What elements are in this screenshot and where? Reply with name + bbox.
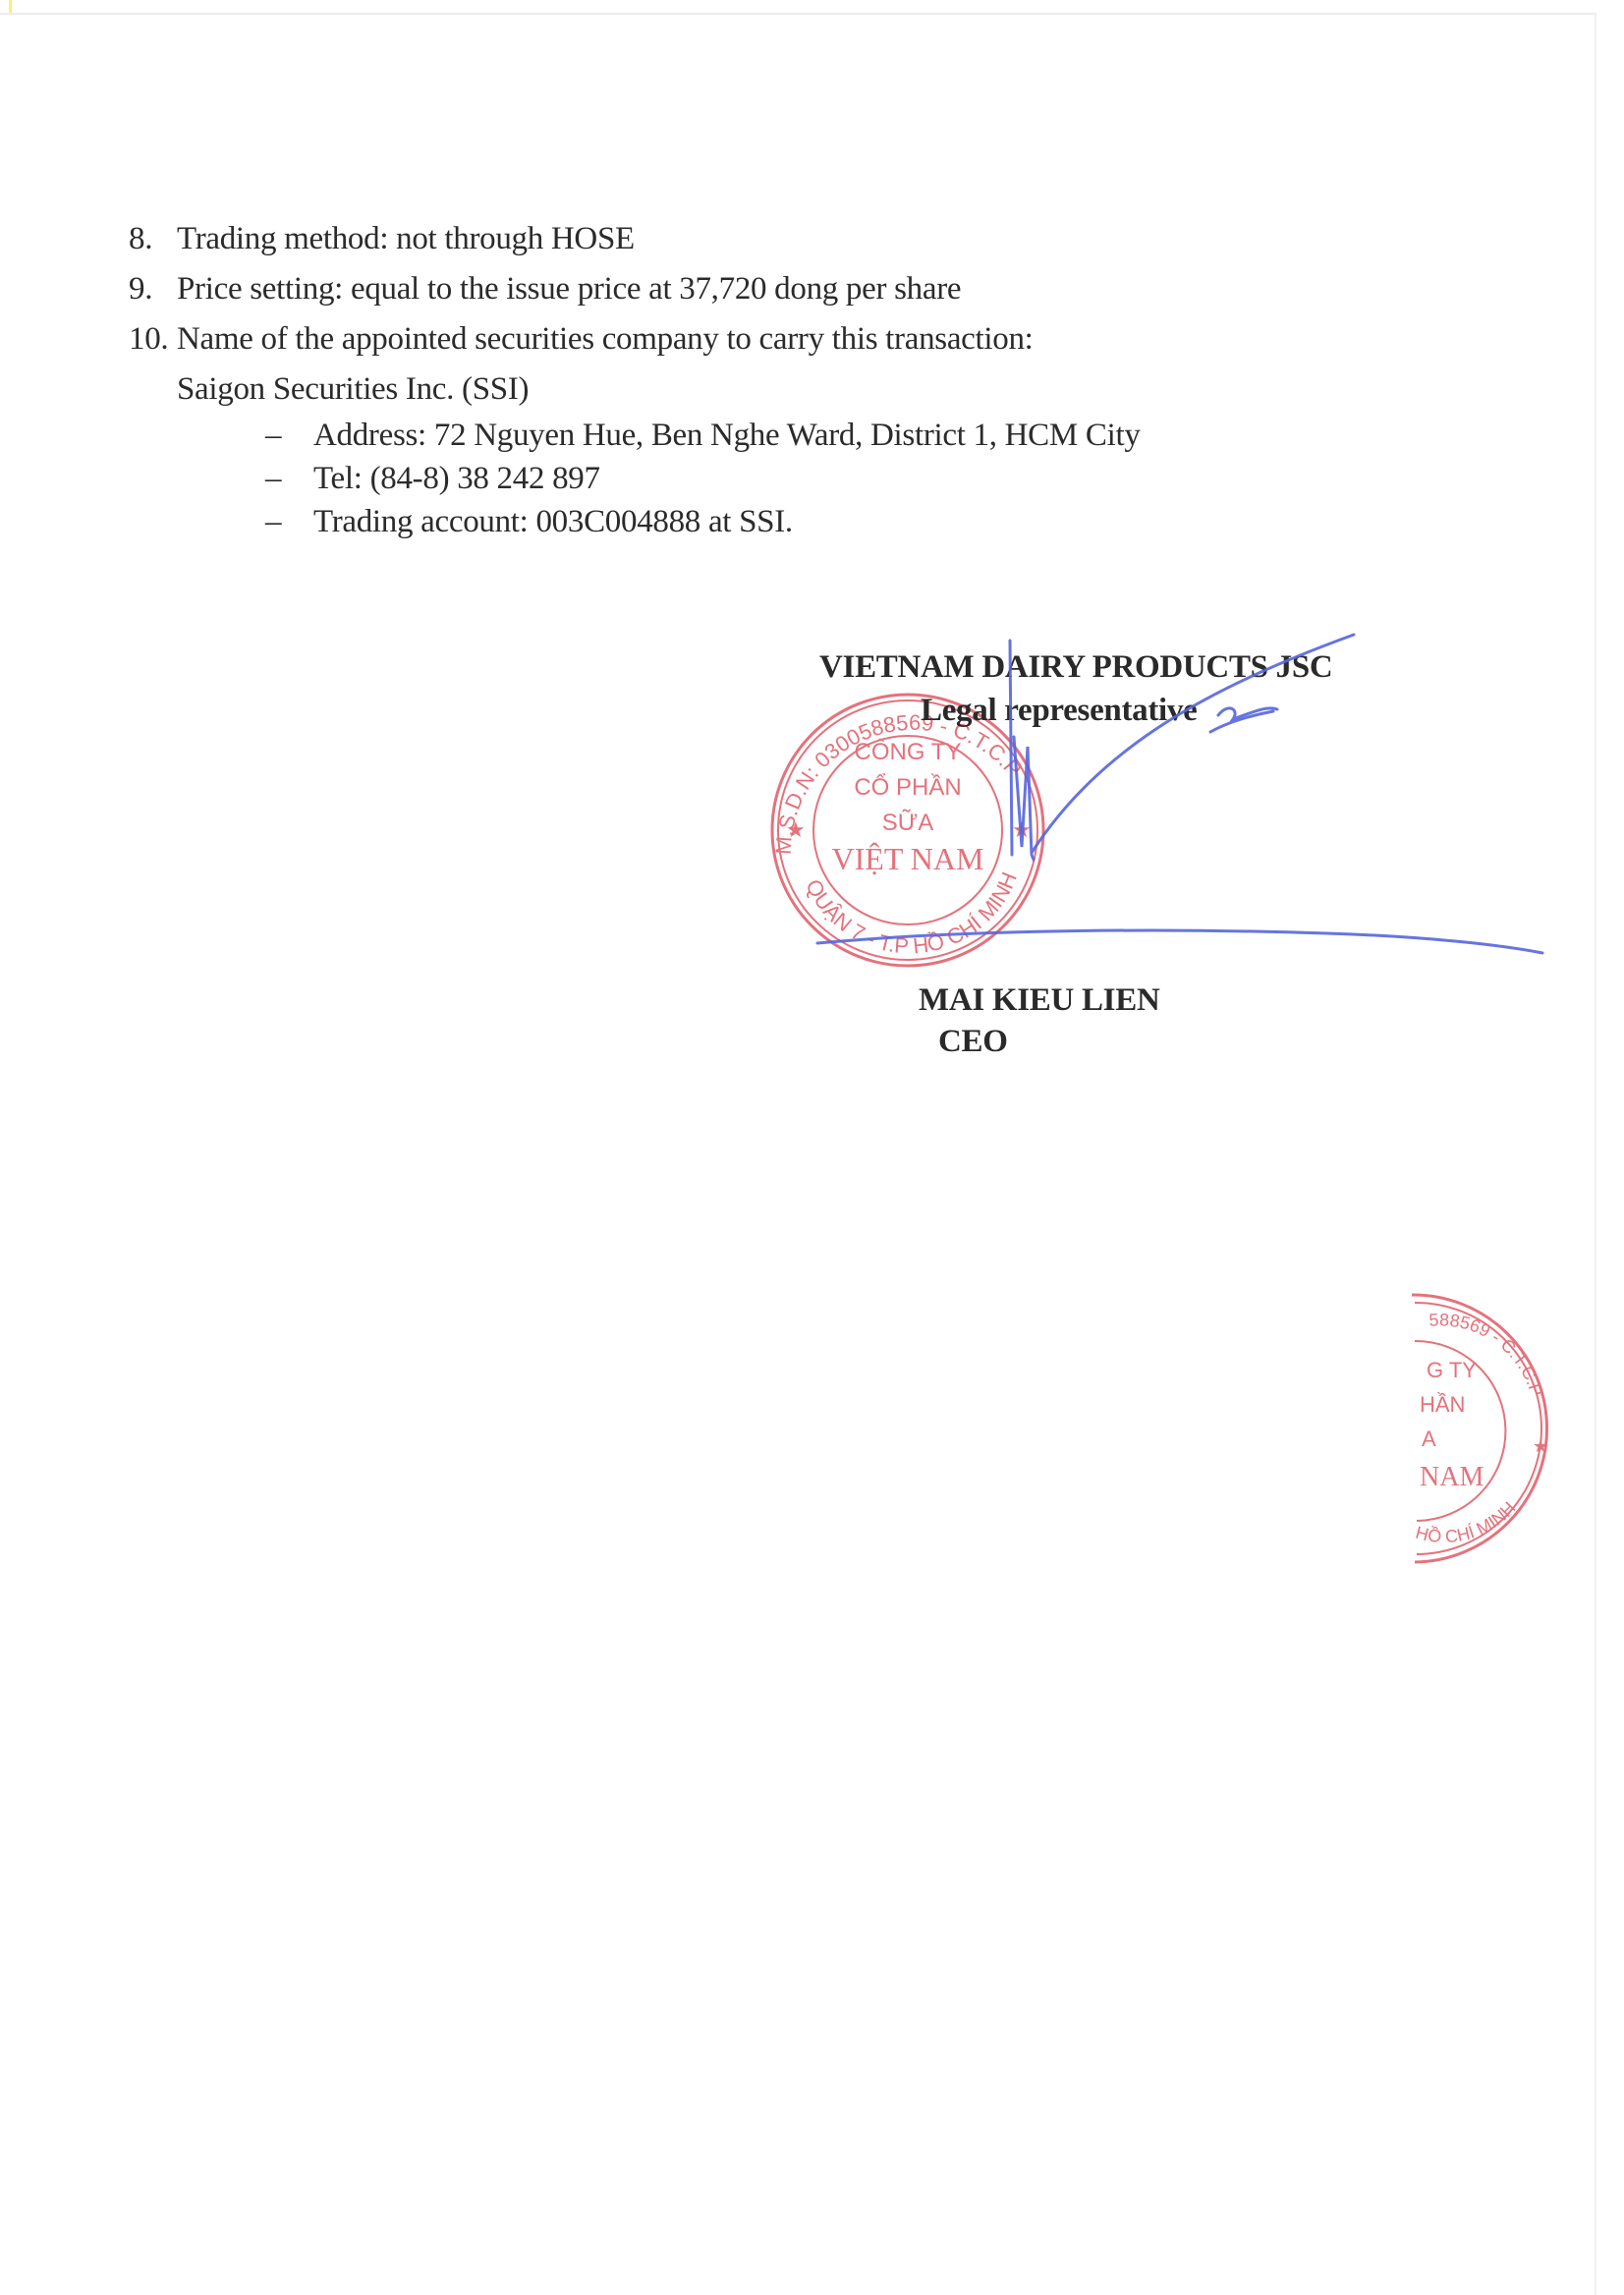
numbered-list: 8. Trading method: not through HOSE 9. P…	[129, 214, 1034, 364]
partial-stamp: 588569 - C.T.C.P HỒ CHÍ MINH ★ G TY HẦN …	[1412, 1295, 1548, 1562]
signer-name: MAI KIEU LIEN	[919, 982, 1159, 1019]
partial-stamp-ring-bottom: HỒ CHÍ MINH	[1414, 1498, 1520, 1546]
dash-bullet: –	[265, 414, 313, 457]
page-edge-top	[0, 13, 1596, 15]
address-text: Address: 72 Nguyen Hue, Ben Nghe Ward, D…	[313, 414, 1141, 457]
legal-representative-label: Legal representative	[921, 693, 1197, 729]
list-item: – Address: 72 Nguyen Hue, Ben Nghe Ward,…	[265, 414, 1141, 457]
star-icon: ★	[786, 817, 806, 842]
stamp-line: CỔ PHẦN	[854, 773, 961, 801]
list-item: 10. Name of the appointed securities com…	[129, 314, 1034, 364]
securities-company-name: Saigon Securities Inc. (SSI)	[177, 364, 529, 415]
signer-title: CEO	[938, 1024, 1008, 1060]
stamp-line: A	[1422, 1427, 1436, 1451]
tel-text: Tel: (84-8) 38 242 897	[313, 457, 600, 500]
item-text: Name of the appointed securities company…	[177, 314, 1034, 364]
stamp-ring-top: M.S.D.N: 0300588569 - C.T.C.P	[771, 710, 1027, 856]
star-icon: ★	[1012, 817, 1032, 842]
page-edge-right	[1595, 14, 1596, 2295]
trading-account-text: Trading account: 003C004888 at SSI.	[313, 500, 793, 543]
stamp-ring-bottom: QUẬN 7 - T.P HỒ CHÍ MINH	[801, 868, 1022, 958]
stamp-line: CÔNG TY	[855, 738, 962, 765]
list-item: 9. Price setting: equal to the issue pri…	[129, 264, 1034, 314]
stamp-line: HẦN	[1420, 1392, 1465, 1417]
dash-bullet: –	[265, 500, 313, 543]
item-number: 8.	[129, 214, 177, 264]
stamp-line: G TY	[1427, 1358, 1477, 1382]
dash-bullet: –	[265, 457, 313, 500]
company-details-list: – Address: 72 Nguyen Hue, Ben Nghe Ward,…	[265, 414, 1141, 543]
stamp-line: VIỆT NAM	[832, 841, 984, 876]
company-stamp: M.S.D.N: 0300588569 - C.T.C.P QUẬN 7 - T…	[771, 695, 1043, 966]
item-text: Price setting: equal to the issue price …	[177, 264, 961, 314]
stamp-line: NAM	[1420, 1462, 1484, 1492]
list-item: 8. Trading method: not through HOSE	[129, 214, 1034, 264]
item-number: 10.	[129, 314, 177, 364]
list-item: – Trading account: 003C004888 at SSI.	[265, 500, 1141, 543]
item-number: 9.	[129, 264, 177, 314]
partial-stamp-ring-top: 588569 - C.T.C.P	[1428, 1310, 1546, 1398]
stamp-line: SỮA	[882, 809, 934, 836]
list-item: – Tel: (84-8) 38 242 897	[265, 457, 1141, 500]
star-icon: ★	[1533, 1436, 1548, 1456]
item-text: Trading method: not through HOSE	[177, 214, 635, 264]
company-name: VIETNAM DAIRY PRODUCTS JSC	[819, 649, 1332, 686]
